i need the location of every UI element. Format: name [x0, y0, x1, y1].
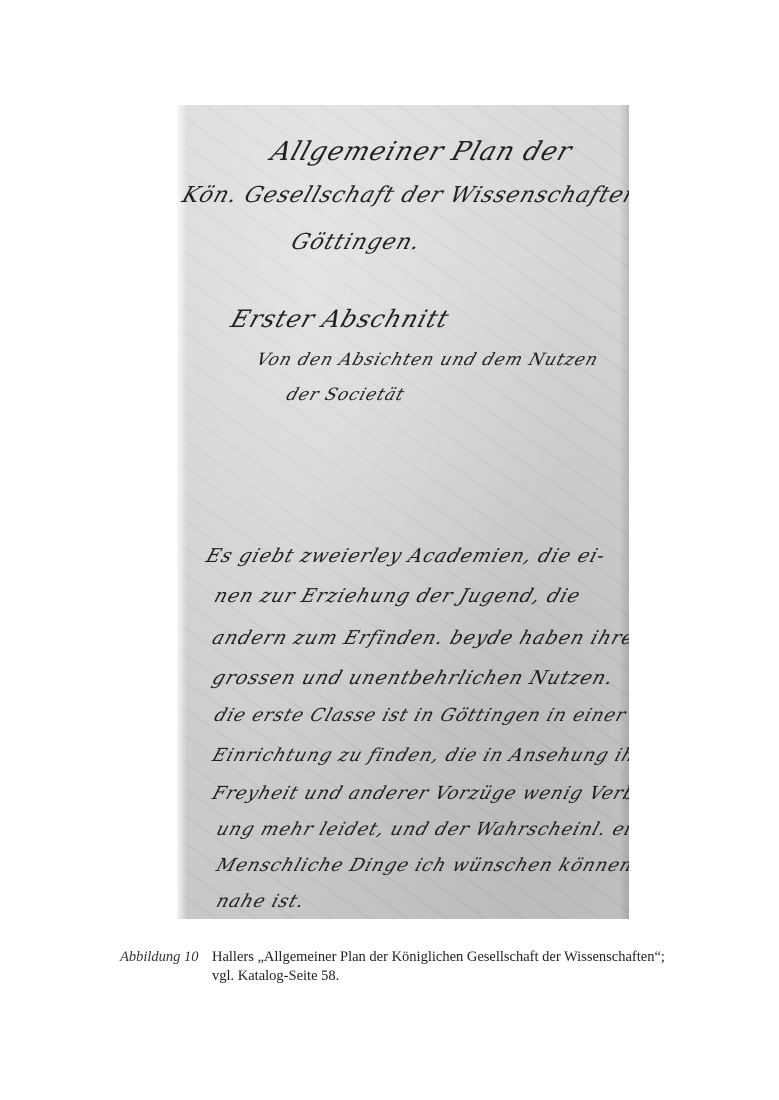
manuscript-figure: Allgemeiner Plan der Kön. Gesellschaft d…: [177, 105, 629, 919]
caption-label: Abbildung 10: [120, 948, 199, 967]
manuscript-line: der Societät: [284, 385, 408, 405]
manuscript-line: andern zum Erfinden. beyde haben ihren: [209, 627, 629, 649]
manuscript-line: Es giebt zweierley Academien, die ei-: [203, 545, 608, 567]
manuscript-line: nahe ist.: [214, 891, 308, 912]
manuscript-line: ung mehr leidet, und der Wahrscheinl. ei…: [214, 819, 629, 840]
manuscript-line: die erste Classe ist in Göttingen in ein…: [212, 705, 629, 726]
manuscript-line: Menschliche Dinge ich wünschen können fa…: [214, 855, 629, 876]
caption-line-2: vgl. Katalog-Seite 58.: [212, 967, 732, 986]
manuscript-line: Kön. Gesellschaft der Wissenschaften in: [179, 183, 629, 208]
manuscript-line: grossen und unentbehrlichen Nutzen.: [209, 667, 616, 689]
manuscript-line: nen zur Erziehung der Jugend, die: [211, 585, 583, 607]
manuscript-line: Göttingen.: [288, 230, 424, 255]
manuscript-heading: Erster Abschnitt: [227, 305, 453, 333]
manuscript-line: Von den Absichten und dem Nutzen: [254, 350, 601, 370]
manuscript-line: Freyheit und anderer Vorzüge wenig Verbe…: [210, 783, 629, 804]
manuscript-line: Einrichtung zu finden, die in Ansehung i…: [210, 745, 629, 766]
caption-line-1: Hallers „Allgemeiner Plan der Königliche…: [212, 948, 732, 967]
caption-text: Hallers „Allgemeiner Plan der Königliche…: [212, 948, 732, 986]
manuscript-line: Allgemeiner Plan der: [267, 137, 576, 167]
